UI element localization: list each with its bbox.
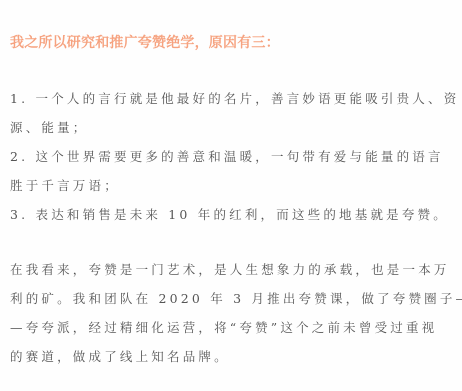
reason-item-3: 3. 表达和销售是未来 10 年的红利，而这些的地基就是夸赞。: [10, 200, 446, 229]
paragraph-line: —夸夸派，经过精细化运营，将“夸赞”这个之前未曾受过重视: [10, 313, 446, 342]
body-paragraph: 在我看来，夸赞是一门艺术，是人生想象力的承载，也是一本万 利的矿。我和团队在 2…: [10, 255, 446, 371]
reason-line: 3. 表达和销售是未来 10 年的红利，而这些的地基就是夸赞。: [10, 200, 446, 229]
reason-line: 源、能量；: [10, 113, 446, 142]
reasons-list: 1. 一个人的言行就是他最好的名片，善言妙语更能吸引贵人、资 源、能量； 2. …: [10, 84, 446, 229]
reason-line: 胜于千言万语；: [10, 171, 446, 200]
reason-line: 1. 一个人的言行就是他最好的名片，善言妙语更能吸引贵人、资: [10, 84, 446, 113]
reason-item-2: 2. 这个世界需要更多的善意和温暖，一句带有爱与能量的语言 胜于千言万语；: [10, 142, 446, 200]
paragraph-line: 利的矿。我和团队在 2020 年 3 月推出夸赞课，做了夸赞圈子—: [10, 284, 446, 313]
reason-item-1: 1. 一个人的言行就是他最好的名片，善言妙语更能吸引贵人、资 源、能量；: [10, 84, 446, 142]
section-heading: 我之所以研究和推广夸赞绝学，原因有三：: [10, 32, 280, 52]
paragraph-line: 的赛道，做成了线上知名品牌。: [10, 342, 446, 371]
paragraph-line: 在我看来，夸赞是一门艺术，是人生想象力的承载，也是一本万: [10, 255, 446, 284]
reason-line: 2. 这个世界需要更多的善意和温暖，一句带有爱与能量的语言: [10, 142, 446, 171]
